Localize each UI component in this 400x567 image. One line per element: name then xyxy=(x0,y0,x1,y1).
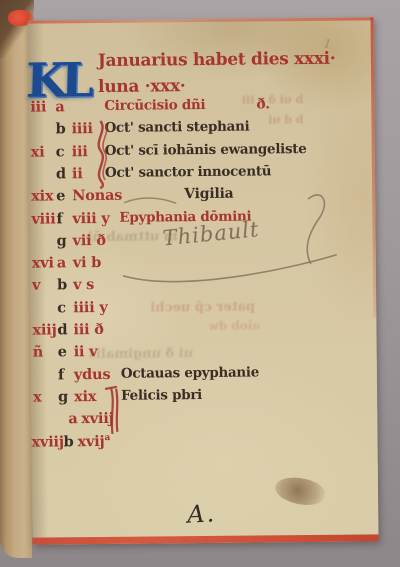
roman-day: xix xyxy=(74,388,96,405)
roman-day: iii xyxy=(72,143,88,160)
calendar-row: d ii Oct' sanctor innocentū xyxy=(29,162,375,185)
dominical-letter: c xyxy=(57,299,66,316)
dominical-letter: b xyxy=(63,433,73,450)
calendar-row: v b v s xyxy=(30,274,376,297)
golden-number: x xyxy=(33,388,42,405)
calendar-row: a xviij xyxy=(31,408,377,431)
dominical-letter: b xyxy=(55,121,65,138)
red-stained-bottom-edge xyxy=(32,534,378,544)
dominical-letter: b xyxy=(57,277,67,294)
golden-number: xi xyxy=(31,143,45,160)
golden-number: v xyxy=(32,277,40,294)
roman-day: vii ð xyxy=(73,232,106,249)
roman-day: xviij xyxy=(81,410,114,427)
golden-number: viii xyxy=(31,210,55,227)
golden-number: xvi xyxy=(32,255,54,272)
feast-entry: Oct' sanctor innocentū xyxy=(105,163,271,181)
golden-number: xix xyxy=(31,188,53,205)
roman-day: viii y xyxy=(72,209,109,226)
calendar-row: xvi a vi b xyxy=(30,251,376,274)
dominical-letter: g xyxy=(58,388,68,405)
roman-day: iiii xyxy=(71,120,92,137)
brown-stain xyxy=(273,473,328,510)
quire-signature-mark: A. xyxy=(187,499,217,528)
dominical-letter: c xyxy=(56,143,65,160)
feast-entry: Octauas epyphanie xyxy=(121,364,259,381)
feast-entry: Circūcisio dñi xyxy=(104,97,205,114)
calendar-row: b iiii Oct' sancti stephani xyxy=(28,118,374,141)
month-heading-line1: Januarius habet dies xxxi· xyxy=(98,49,336,71)
manuscript-photo: b ui ð y iii b d ui m uttmab ñi pater cp… xyxy=(0,0,400,567)
feast-entry: Felicis pbri xyxy=(121,387,202,404)
calendar-row: xi c iii Oct' scī iohānis ewangeliste xyxy=(29,140,375,163)
golden-number: xviij xyxy=(31,433,64,450)
dominical-letter: f xyxy=(56,210,62,227)
dominical-letter: d xyxy=(56,165,66,182)
roman-day: ydus xyxy=(74,365,111,382)
calendar-page: b ui ð y iii b d ui m uttmab ñi pater cp… xyxy=(27,17,378,544)
roman-day: vi b xyxy=(73,254,101,271)
roman-day: iiii y xyxy=(73,299,107,316)
roman-day: xvija xyxy=(77,432,110,449)
feast-entry: Oct' scī iohānis ewangeliste xyxy=(105,141,307,159)
feast-entry: Oct' sancti stephani xyxy=(104,119,249,136)
calendar-row: f ydus Octauas epyphanie xyxy=(31,363,377,386)
calendar-row: ñ e ii v xyxy=(31,341,377,364)
marginal-note: Vigilia xyxy=(184,186,234,202)
dominical-letter: a xyxy=(68,410,77,427)
golden-number: ñ xyxy=(33,344,44,361)
dominical-letter: e xyxy=(58,344,67,361)
dominical-letter: g xyxy=(57,232,67,249)
calendar-row: c iiii y xyxy=(30,296,376,319)
golden-number: iii xyxy=(30,98,46,115)
dominical-letter: e xyxy=(56,188,65,205)
roman-day: ii xyxy=(72,165,83,182)
calendar-row: x g xix Felicis pbri xyxy=(31,385,377,408)
calendar-row: xix e Nonas Vigilia xyxy=(29,185,375,208)
dominical-letter: d xyxy=(57,321,67,338)
dominical-letter: f xyxy=(58,366,64,383)
roman-day: v s xyxy=(73,276,94,293)
marginal-note: ð. xyxy=(256,96,270,112)
red-stained-top-edge xyxy=(27,17,373,23)
calendar-row: iii a Circūcisio dñi ð. xyxy=(28,95,374,118)
roman-day: ii v xyxy=(74,343,98,360)
dominical-letter: a xyxy=(57,254,66,271)
superscript-letter: a xyxy=(104,433,110,443)
roman-day: iii ð xyxy=(73,321,103,338)
roman-day: Nonas xyxy=(72,187,122,204)
calendar-row: xiij· d iii ð xyxy=(30,318,376,341)
calendar-row: xviij b xvija xyxy=(31,430,377,453)
dominical-letter: a xyxy=(55,98,64,115)
month-heading-line2: luna ·xxx· xyxy=(98,76,186,97)
